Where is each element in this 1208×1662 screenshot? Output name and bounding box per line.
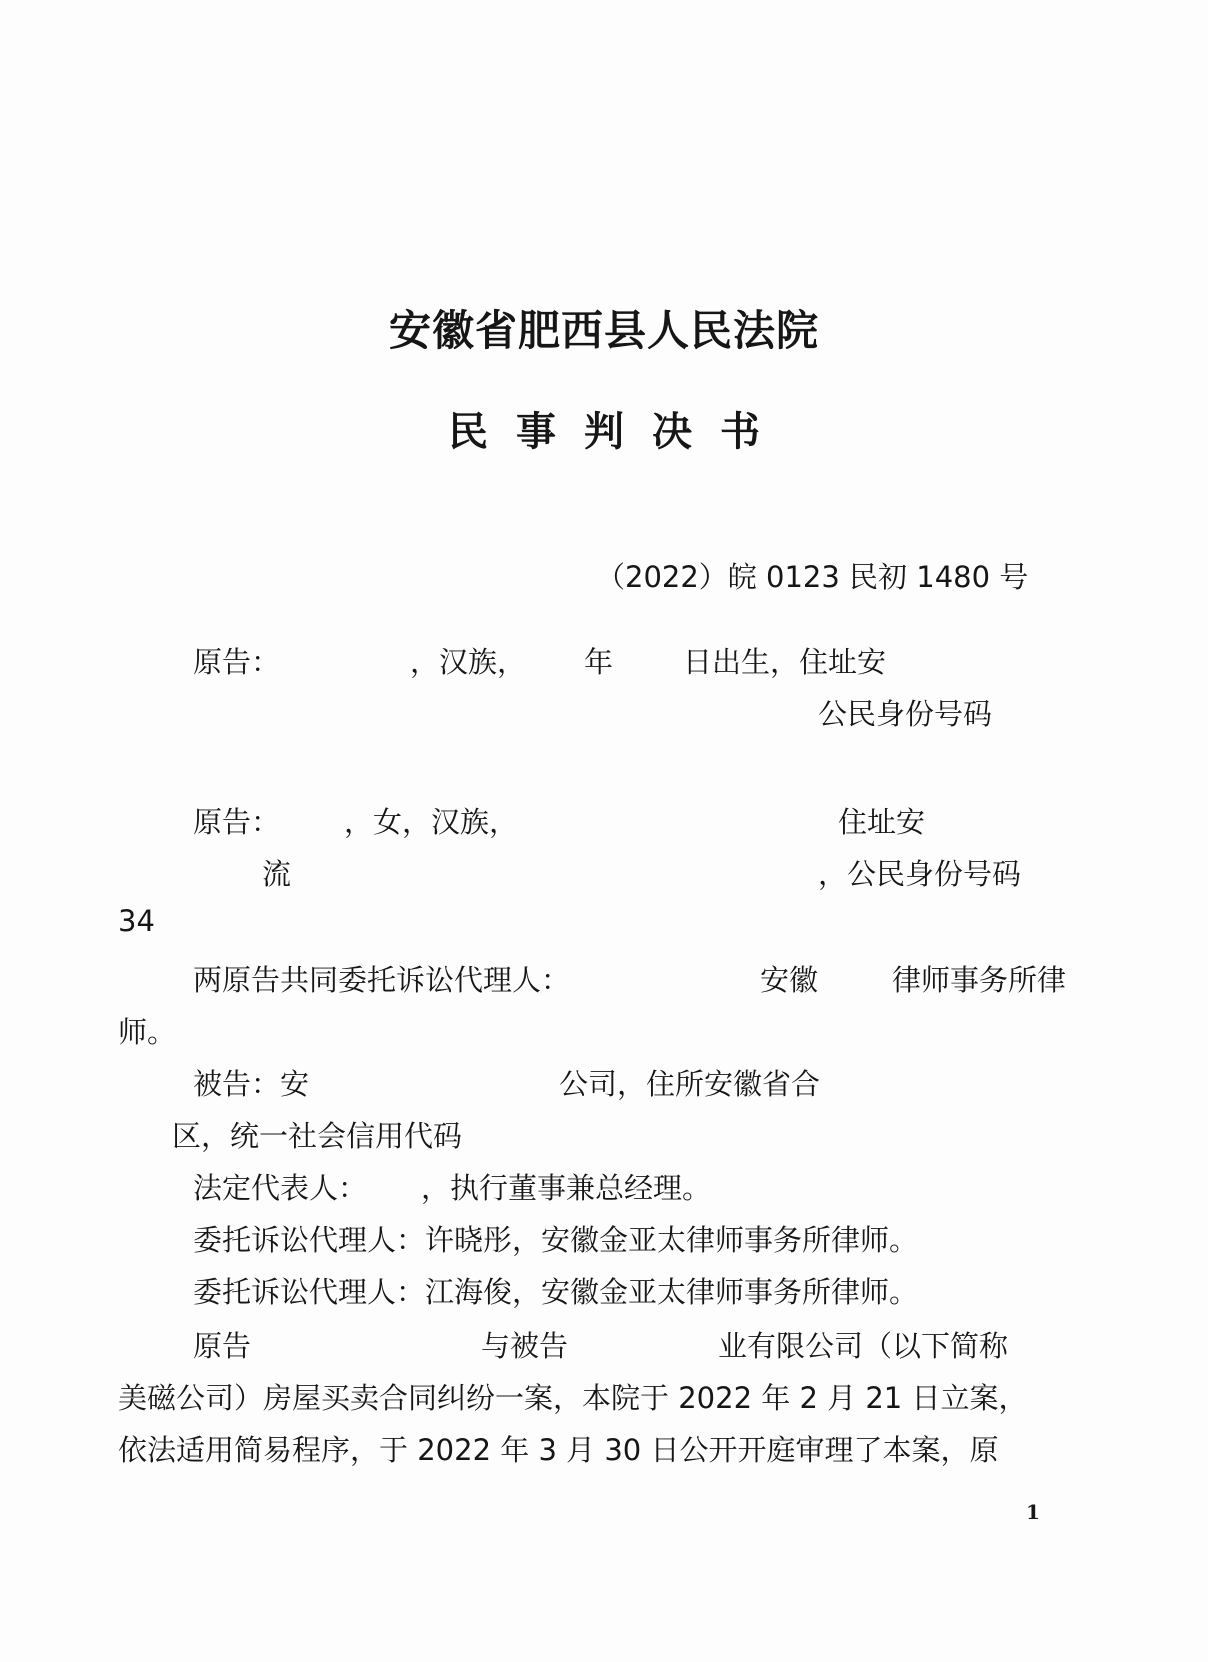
defense-agent-2: 委托诉讼代理人：江海俊，安徽金亚太律师事务所律师。 <box>193 1270 918 1311</box>
year-text: 年 <box>584 645 613 679</box>
plaintiff-label: 原告： <box>193 645 280 679</box>
birth-address-text: 日出生，住址安 <box>683 645 886 679</box>
plaintiff-label: 原告： <box>193 805 280 839</box>
legal-rep-line: 法定代表人：，执行董事兼总经理。 <box>193 1166 711 1207</box>
legal-rep-title: ，执行董事兼总经理。 <box>421 1171 711 1205</box>
legal-rep-label: 法定代表人： <box>193 1171 367 1205</box>
case-summary-line-3: 依法适用简易程序，于 2022 年 3 月 30 日公开开庭审理了本案，原 <box>118 1428 998 1469</box>
plaintiff-1-line-1: 原告：，汉族，年日出生，住址安 <box>193 640 886 681</box>
plaintiff-2-address-label: 住址安 <box>838 800 925 841</box>
plaintiff-1-line-2: 公民身份号码 <box>818 692 992 733</box>
case-summary-line-1: 原告与被告业有限公司（以下简称 <box>193 1324 1008 1365</box>
defendant-line-2: 区，统一社会信用代码 <box>172 1114 462 1155</box>
joint-agent-firm-prefix: 安徽 <box>760 958 818 999</box>
defendant-address-text: 公司，住所安徽省合 <box>559 1067 820 1101</box>
joint-agent-line-cont: 师。 <box>118 1010 176 1051</box>
joint-agent-firm-suffix: 律师事务所律 <box>892 958 1066 999</box>
plaintiff-2-id-label: ，公民身份号码 <box>818 852 1021 893</box>
court-name: 安徽省肥西县人民法院 <box>0 298 1208 358</box>
plaintiff-2-line-1: 原告：，女，汉族， <box>193 800 518 841</box>
plaintiff-2-id-fragment: 34 <box>118 904 155 938</box>
defendant-ref: 与被告 <box>481 1329 568 1363</box>
document-page: 安徽省肥西县人民法院 民事判决书 （2022）皖 0123 民初 1480 号 … <box>0 0 1208 1662</box>
defendant-label: 被告：安 <box>193 1067 309 1101</box>
case-summary-line-2: 美磁公司）房屋买卖合同纠纷一案，本院于 2022 年 2 月 21 日立案， <box>118 1376 1027 1417</box>
plaintiff-2-address-fragment: 流 <box>262 852 291 893</box>
defendant-line-1: 被告：安公司，住所安徽省合 <box>193 1062 820 1103</box>
page-number: 1 <box>1026 1500 1040 1524</box>
ethnicity-text: ，汉族， <box>410 645 526 679</box>
plaintiff-ref: 原告 <box>193 1329 251 1363</box>
joint-agent-line: 两原告共同委托诉讼代理人： <box>193 958 570 999</box>
gender-ethnicity-text: ，女，汉族， <box>344 805 518 839</box>
defense-agent-1: 委托诉讼代理人：许晓彤，安徽金亚太律师事务所律师。 <box>193 1218 918 1259</box>
company-abbrev-text: 业有限公司（以下简称 <box>718 1329 1008 1363</box>
case-number: （2022）皖 0123 民初 1480 号 <box>596 555 1028 596</box>
document-type-title: 民事判决书 <box>0 400 1208 457</box>
